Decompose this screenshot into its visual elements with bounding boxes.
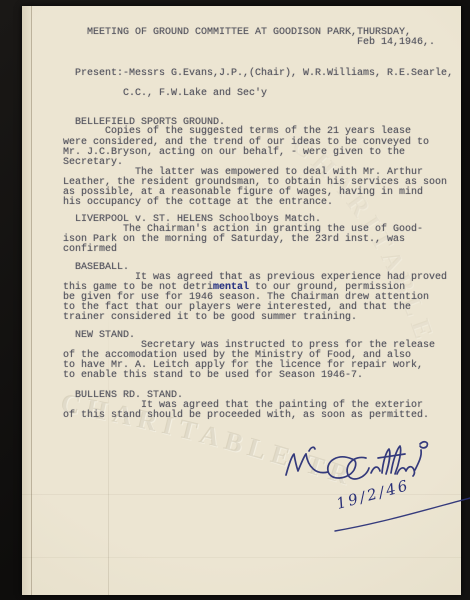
schoolboys-para-line: confirmed: [63, 245, 117, 255]
document-page: CHARITABLE TRUST CHARITABLE TRUST CHARIT…: [22, 6, 461, 595]
photo-background: CHARITABLE TRUST CHARITABLE TRUST CHARIT…: [0, 0, 470, 600]
doc-date-line: Feb 14,1946,.: [63, 38, 435, 48]
baseball-para-line: trainer considered it to be good summer …: [63, 313, 357, 323]
typed-text-block: MEETING OF GROUND COMMITTEE AT GOODISON …: [22, 6, 461, 595]
new-stand-para-line: to enable this stand to be used for Seas…: [63, 371, 363, 381]
bellefield-para-line: Copies of the suggested terms of the 21 …: [63, 127, 411, 137]
bullens-para-line: of this stand should be proceeded with, …: [63, 411, 429, 421]
present-line-1: Present:-Messrs G.Evans,J.P.,(Chair), W.…: [63, 69, 453, 79]
bellefield-para-line: his occupancy of the cottage at the entr…: [63, 198, 333, 208]
present-line-2: C.C., F.W.Lake and Sec'y: [63, 89, 267, 99]
